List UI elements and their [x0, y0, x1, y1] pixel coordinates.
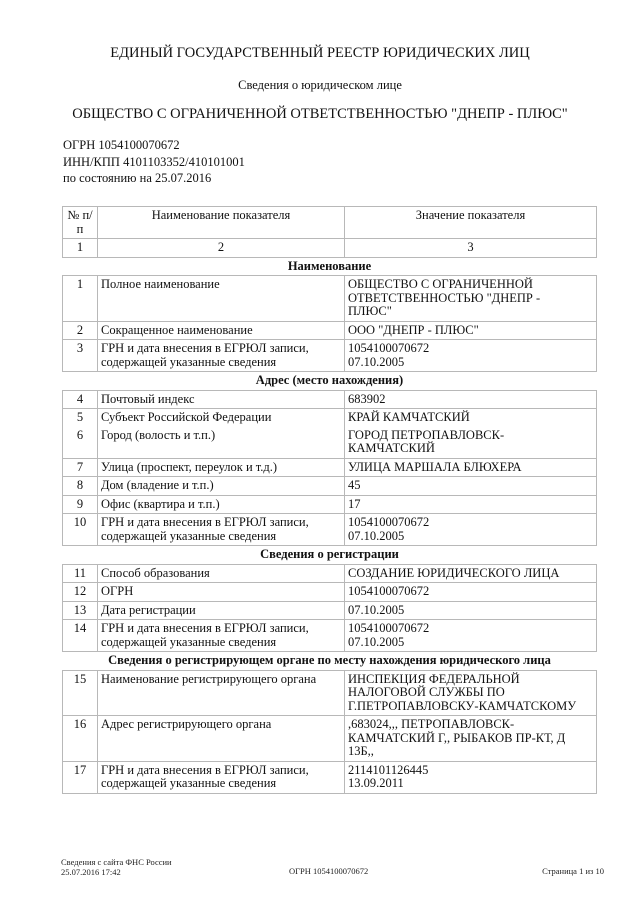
table-row: 10ГРН и дата внесения в ЕГРЮЛ записи,сод… — [63, 514, 597, 546]
as-of-date-line: по состоянию на 25.07.2016 — [63, 170, 245, 187]
indicator-value: 105410007067207.10.2005 — [345, 620, 597, 652]
indicator-name-line: Сокращенное наименование — [101, 324, 341, 338]
column-number-2: 2 — [98, 239, 345, 258]
indicator-value-line: 45 — [348, 479, 593, 493]
indicator-value-line: 13.09.2011 — [348, 777, 593, 791]
indicator-value: ИНСПЕКЦИЯ ФЕДЕРАЛЬНОЙНАЛОГОВОЙ СЛУЖБЫ ПО… — [345, 670, 597, 716]
indicator-name: ГРН и дата внесения в ЕГРЮЛ записи,содер… — [98, 514, 345, 546]
row-number: 4 — [63, 390, 98, 409]
section-title: Наименование — [63, 257, 597, 276]
section-title: Сведения о регистрирующем органе по мест… — [63, 652, 597, 671]
table-row: 12ОГРН1054100070672 — [63, 583, 597, 602]
indicator-value: 683902 — [345, 390, 597, 409]
table-row: 16Адрес регистрирующего органа,683024,,,… — [63, 716, 597, 762]
indicator-value-line: 2114101126445 — [348, 764, 593, 778]
indicator-value-line: ГОРОД ПЕТРОПАВЛОВСК- — [348, 429, 593, 443]
row-number: 3 — [63, 340, 98, 372]
row-number: 5 — [63, 409, 98, 427]
indicator-name: Полное наименование — [98, 276, 345, 322]
indicator-name: ГРН и дата внесения в ЕГРЮЛ записи,содер… — [98, 761, 345, 793]
table-row: 13Дата регистрации07.10.2005 — [63, 601, 597, 620]
row-number: 14 — [63, 620, 98, 652]
footer-page-number: Страница 1 из 10 — [542, 867, 604, 877]
indicator-value: СОЗДАНИЕ ЮРИДИЧЕСКОГО ЛИЦА — [345, 564, 597, 583]
table-row: 1Полное наименованиеОБЩЕСТВО С ОГРАНИЧЕН… — [63, 276, 597, 322]
row-number: 16 — [63, 716, 98, 762]
indicator-value-line: 07.10.2005 — [348, 604, 593, 618]
indicator-value-line: ПЛЮС" — [348, 305, 593, 319]
indicator-value-line: 07.10.2005 — [348, 356, 593, 370]
indicator-name: ОГРН — [98, 583, 345, 602]
indicator-value: УЛИЦА МАРШАЛА БЛЮХЕРА — [345, 458, 597, 477]
indicator-name-line: ГРН и дата внесения в ЕГРЮЛ записи, — [101, 764, 341, 778]
indicator-name: Адрес регистрирующего органа — [98, 716, 345, 762]
table-row: 5Субъект Российской ФедерацииКРАЙ КАМЧАТ… — [63, 409, 597, 427]
indicator-name-line: Дата регистрации — [101, 604, 341, 618]
section-header-row: Сведения о регистрации — [63, 546, 597, 565]
indicator-name-line: Субъект Российской Федерации — [101, 411, 341, 425]
table-row: 4Почтовый индекс683902 — [63, 390, 597, 409]
row-number: 8 — [63, 477, 98, 496]
indicator-value-line: 07.10.2005 — [348, 636, 593, 650]
row-number: 17 — [63, 761, 98, 793]
indicator-name: Офис (квартира и т.п.) — [98, 495, 345, 514]
indicator-name-line: Почтовый индекс — [101, 393, 341, 407]
document-subtitle: Сведения о юридическом лице — [0, 78, 640, 93]
indicator-name-line: Дом (владение и т.п.) — [101, 479, 341, 493]
column-header-name: Наименование показателя — [98, 207, 345, 239]
indicator-name-line: Полное наименование — [101, 278, 341, 292]
row-number: 11 — [63, 564, 98, 583]
column-number-3: 3 — [345, 239, 597, 258]
indicator-name: Субъект Российской Федерации — [98, 409, 345, 427]
indicator-value-line: ОБЩЕСТВО С ОГРАНИЧЕННОЙ — [348, 278, 593, 292]
indicator-value: ,683024,,, ПЕТРОПАВЛОВСК-КАМЧАТСКИЙ Г,, … — [345, 716, 597, 762]
indicator-value: 1054100070672 — [345, 583, 597, 602]
indicator-value: ГОРОД ПЕТРОПАВЛОВСК-КАМЧАТСКИЙ — [345, 427, 597, 459]
table-header-row: № п/п Наименование показателя Значение п… — [63, 207, 597, 239]
indicator-value-line: КАМЧАТСКИЙ Г,, РЫБАКОВ ПР-КТ, Д — [348, 732, 593, 746]
company-identifiers: ОГРН 1054100070672 ИНН/КПП 4101103352/41… — [63, 137, 245, 187]
indicator-name-line: ГРН и дата внесения в ЕГРЮЛ записи, — [101, 342, 341, 356]
indicator-name: Дата регистрации — [98, 601, 345, 620]
indicator-value-line: КАМЧАТСКИЙ — [348, 442, 593, 456]
indicator-value-line: 17 — [348, 498, 593, 512]
indicator-value: 105410007067207.10.2005 — [345, 340, 597, 372]
indicator-name-line: Город (волость и т.п.) — [101, 429, 341, 443]
row-number: 15 — [63, 670, 98, 716]
indicator-value-line: 1054100070672 — [348, 342, 593, 356]
inn-kpp-line: ИНН/КПП 4101103352/410101001 — [63, 154, 245, 171]
indicator-name: Наименование регистрирующего органа — [98, 670, 345, 716]
indicator-value: КРАЙ КАМЧАТСКИЙ — [345, 409, 597, 427]
indicator-name-line: Улица (проспект, переулок и т.д.) — [101, 461, 341, 475]
table-row: 7Улица (проспект, переулок и т.д.)УЛИЦА … — [63, 458, 597, 477]
indicator-value: 07.10.2005 — [345, 601, 597, 620]
row-number: 12 — [63, 583, 98, 602]
column-header-number: № п/п — [63, 207, 98, 239]
row-number: 13 — [63, 601, 98, 620]
row-number: 6 — [63, 427, 98, 459]
row-number: 10 — [63, 514, 98, 546]
indicator-value-line: СОЗДАНИЕ ЮРИДИЧЕСКОГО ЛИЦА — [348, 567, 593, 581]
indicator-name: Способ образования — [98, 564, 345, 583]
table-row: 11Способ образованияСОЗДАНИЕ ЮРИДИЧЕСКОГ… — [63, 564, 597, 583]
indicator-name: ГРН и дата внесения в ЕГРЮЛ записи,содер… — [98, 340, 345, 372]
table-row: 3ГРН и дата внесения в ЕГРЮЛ записи,соде… — [63, 340, 597, 372]
section-header-row: Сведения о регистрирующем органе по мест… — [63, 652, 597, 671]
table-row: 2Сокращенное наименованиеООО "ДНЕПР - ПЛ… — [63, 321, 597, 340]
indicator-value-line: 1054100070672 — [348, 516, 593, 530]
table-row: 6Город (волость и т.п.)ГОРОД ПЕТРОПАВЛОВ… — [63, 427, 597, 459]
company-name-heading: ОБЩЕСТВО С ОГРАНИЧЕННОЙ ОТВЕТСТВЕННОСТЬЮ… — [0, 106, 640, 123]
indicator-value-line: 07.10.2005 — [348, 530, 593, 544]
indicator-name-line: Адрес регистрирующего органа — [101, 718, 341, 732]
row-number: 9 — [63, 495, 98, 514]
indicator-name-line: ГРН и дата внесения в ЕГРЮЛ записи, — [101, 516, 341, 530]
table-row: 15Наименование регистрирующего органаИНС… — [63, 670, 597, 716]
table-row: 8Дом (владение и т.п.)45 — [63, 477, 597, 496]
indicator-name-line: ГРН и дата внесения в ЕГРЮЛ записи, — [101, 622, 341, 636]
indicator-value: 211410112644513.09.2011 — [345, 761, 597, 793]
indicator-name-line: содержащей указанные сведения — [101, 530, 341, 544]
indicator-name: Улица (проспект, переулок и т.д.) — [98, 458, 345, 477]
indicator-name-line: Способ образования — [101, 567, 341, 581]
indicator-value: ОБЩЕСТВО С ОГРАНИЧЕННОЙОТВЕТСТВЕННОСТЬЮ … — [345, 276, 597, 322]
registry-title: ЕДИНЫЙ ГОСУДАРСТВЕННЫЙ РЕЕСТР ЮРИДИЧЕСКИ… — [0, 45, 640, 62]
indicator-value-line: НАЛОГОВОЙ СЛУЖБЫ ПО — [348, 686, 593, 700]
row-number: 1 — [63, 276, 98, 322]
indicator-value: 45 — [345, 477, 597, 496]
indicator-value-line: ИНСПЕКЦИЯ ФЕДЕРАЛЬНОЙ — [348, 673, 593, 687]
indicator-name-line: содержащей указанные сведения — [101, 777, 341, 791]
indicator-value-line: 1054100070672 — [348, 622, 593, 636]
column-number-row: 1 2 3 — [63, 239, 597, 258]
section-title: Адрес (место нахождения) — [63, 372, 597, 391]
row-number: 2 — [63, 321, 98, 340]
indicator-value-line: ОТВЕТСТВЕННОСТЬЮ "ДНЕПР - — [348, 292, 593, 306]
section-header-row: Адрес (место нахождения) — [63, 372, 597, 391]
indicator-value: 105410007067207.10.2005 — [345, 514, 597, 546]
indicator-name: Сокращенное наименование — [98, 321, 345, 340]
indicator-value-line: Г.ПЕТРОПАВЛОВСКУ-КАМЧАТСКОМУ — [348, 700, 593, 714]
indicator-name-line: ОГРН — [101, 585, 341, 599]
indicator-value-line: УЛИЦА МАРШАЛА БЛЮХЕРА — [348, 461, 593, 475]
indicator-value-line: 683902 — [348, 393, 593, 407]
indicator-name: Город (волость и т.п.) — [98, 427, 345, 459]
table-row: 14ГРН и дата внесения в ЕГРЮЛ записи,сод… — [63, 620, 597, 652]
indicator-value-line: 13Б,, — [348, 745, 593, 759]
column-number-1: 1 — [63, 239, 98, 258]
indicator-name: ГРН и дата внесения в ЕГРЮЛ записи,содер… — [98, 620, 345, 652]
indicator-name-line: содержащей указанные сведения — [101, 356, 341, 370]
table-row: 17ГРН и дата внесения в ЕГРЮЛ записи,сод… — [63, 761, 597, 793]
indicator-name: Почтовый индекс — [98, 390, 345, 409]
indicator-value: 17 — [345, 495, 597, 514]
footer-source: Сведения с сайта ФНС России 25.07.2016 1… — [61, 858, 172, 877]
ogrn-line: ОГРН 1054100070672 — [63, 137, 245, 154]
indicator-value: ООО "ДНЕПР - ПЛЮС" — [345, 321, 597, 340]
registry-table: № п/п Наименование показателя Значение п… — [62, 206, 597, 794]
footer-timestamp: 25.07.2016 17:42 — [61, 868, 172, 878]
indicator-value-line: ,683024,,, ПЕТРОПАВЛОВСК- — [348, 718, 593, 732]
indicator-name-line: Офис (квартира и т.п.) — [101, 498, 341, 512]
table-row: 9Офис (квартира и т.п.)17 — [63, 495, 597, 514]
indicator-value-line: КРАЙ КАМЧАТСКИЙ — [348, 411, 593, 425]
section-title: Сведения о регистрации — [63, 546, 597, 565]
row-number: 7 — [63, 458, 98, 477]
section-header-row: Наименование — [63, 257, 597, 276]
indicator-value-line: ООО "ДНЕПР - ПЛЮС" — [348, 324, 593, 338]
indicator-name-line: содержащей указанные сведения — [101, 636, 341, 650]
column-header-value: Значение показателя — [345, 207, 597, 239]
indicator-name-line: Наименование регистрирующего органа — [101, 673, 341, 687]
indicator-value-line: 1054100070672 — [348, 585, 593, 599]
footer-ogrn: ОГРН 1054100070672 — [289, 867, 368, 877]
indicator-name: Дом (владение и т.п.) — [98, 477, 345, 496]
